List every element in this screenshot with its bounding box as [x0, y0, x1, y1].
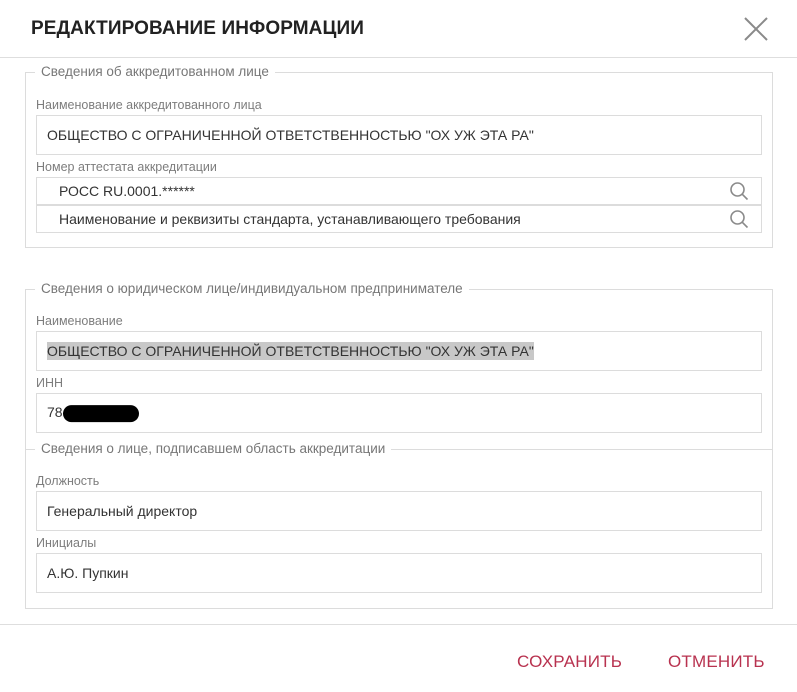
accredited-name-value: ОБЩЕСТВО С ОГРАНИЧЕННОЙ ОТВЕТСТВЕННОСТЬЮ… — [47, 127, 534, 143]
section-legend: Сведения об аккредитованном лице — [35, 64, 275, 79]
dialog-header: РЕДАКТИРОВАНИЕ ИНФОРМАЦИИ — [0, 0, 797, 58]
footer-divider — [0, 624, 797, 625]
close-icon — [741, 14, 771, 44]
certificate-number-label: Номер аттестата аккредитации — [36, 160, 217, 174]
selected-text: ОБЩЕСТВО С ОГРАНИЧЕННОЙ ОТВЕТСТВЕННОСТЬЮ… — [47, 342, 534, 360]
cancel-button[interactable]: ОТМЕНИТЬ — [668, 652, 765, 672]
certificate-number-value: РОСС RU.0001.****** — [59, 183, 195, 199]
initials-value: А.Ю. Пупкин — [47, 565, 128, 581]
search-icon[interactable] — [729, 181, 749, 201]
legal-name-field[interactable]: ОБЩЕСТВО С ОГРАНИЧЕННОЙ ОТВЕТСТВЕННОСТЬЮ… — [36, 331, 762, 371]
accredited-name-label: Наименование аккредитованного лица — [36, 98, 262, 112]
inn-field[interactable]: 78 — [36, 393, 762, 433]
certificate-number-field[interactable]: РОСС RU.0001.****** — [36, 177, 762, 205]
section-legend: Сведения о лице, подписавшем область акк… — [35, 441, 391, 456]
accredited-name-field[interactable]: ОБЩЕСТВО С ОГРАНИЧЕННОЙ ОТВЕТСТВЕННОСТЬЮ… — [36, 115, 762, 155]
legal-name-value: ОБЩЕСТВО С ОГРАНИЧЕННОЙ ОТВЕТСТВЕННОСТЬЮ… — [47, 343, 534, 359]
position-field[interactable]: Генеральный директор — [36, 491, 762, 531]
standard-value: Наименование и реквизиты стандарта, уста… — [59, 211, 521, 227]
edit-info-dialog: РЕДАКТИРОВАНИЕ ИНФОРМАЦИИ Сведения об ак… — [0, 0, 797, 692]
inn-label: ИНН — [36, 376, 63, 390]
search-icon[interactable] — [729, 209, 749, 229]
position-value: Генеральный директор — [47, 503, 197, 519]
standard-field[interactable]: Наименование и реквизиты стандарта, уста… — [36, 205, 762, 233]
save-button[interactable]: СОХРАНИТЬ — [517, 652, 622, 672]
redaction-mark — [63, 405, 139, 422]
inn-value: 78 — [47, 404, 139, 422]
close-button[interactable] — [741, 14, 771, 44]
initials-label: Инициалы — [36, 536, 96, 550]
position-label: Должность — [36, 474, 99, 488]
initials-field[interactable]: А.Ю. Пупкин — [36, 553, 762, 593]
inn-visible-digits: 78 — [47, 404, 63, 420]
section-legend: Сведения о юридическом лице/индивидуальн… — [35, 281, 469, 296]
dialog-title: РЕДАКТИРОВАНИЕ ИНФОРМАЦИИ — [31, 18, 364, 40]
legal-name-label: Наименование — [36, 314, 123, 328]
